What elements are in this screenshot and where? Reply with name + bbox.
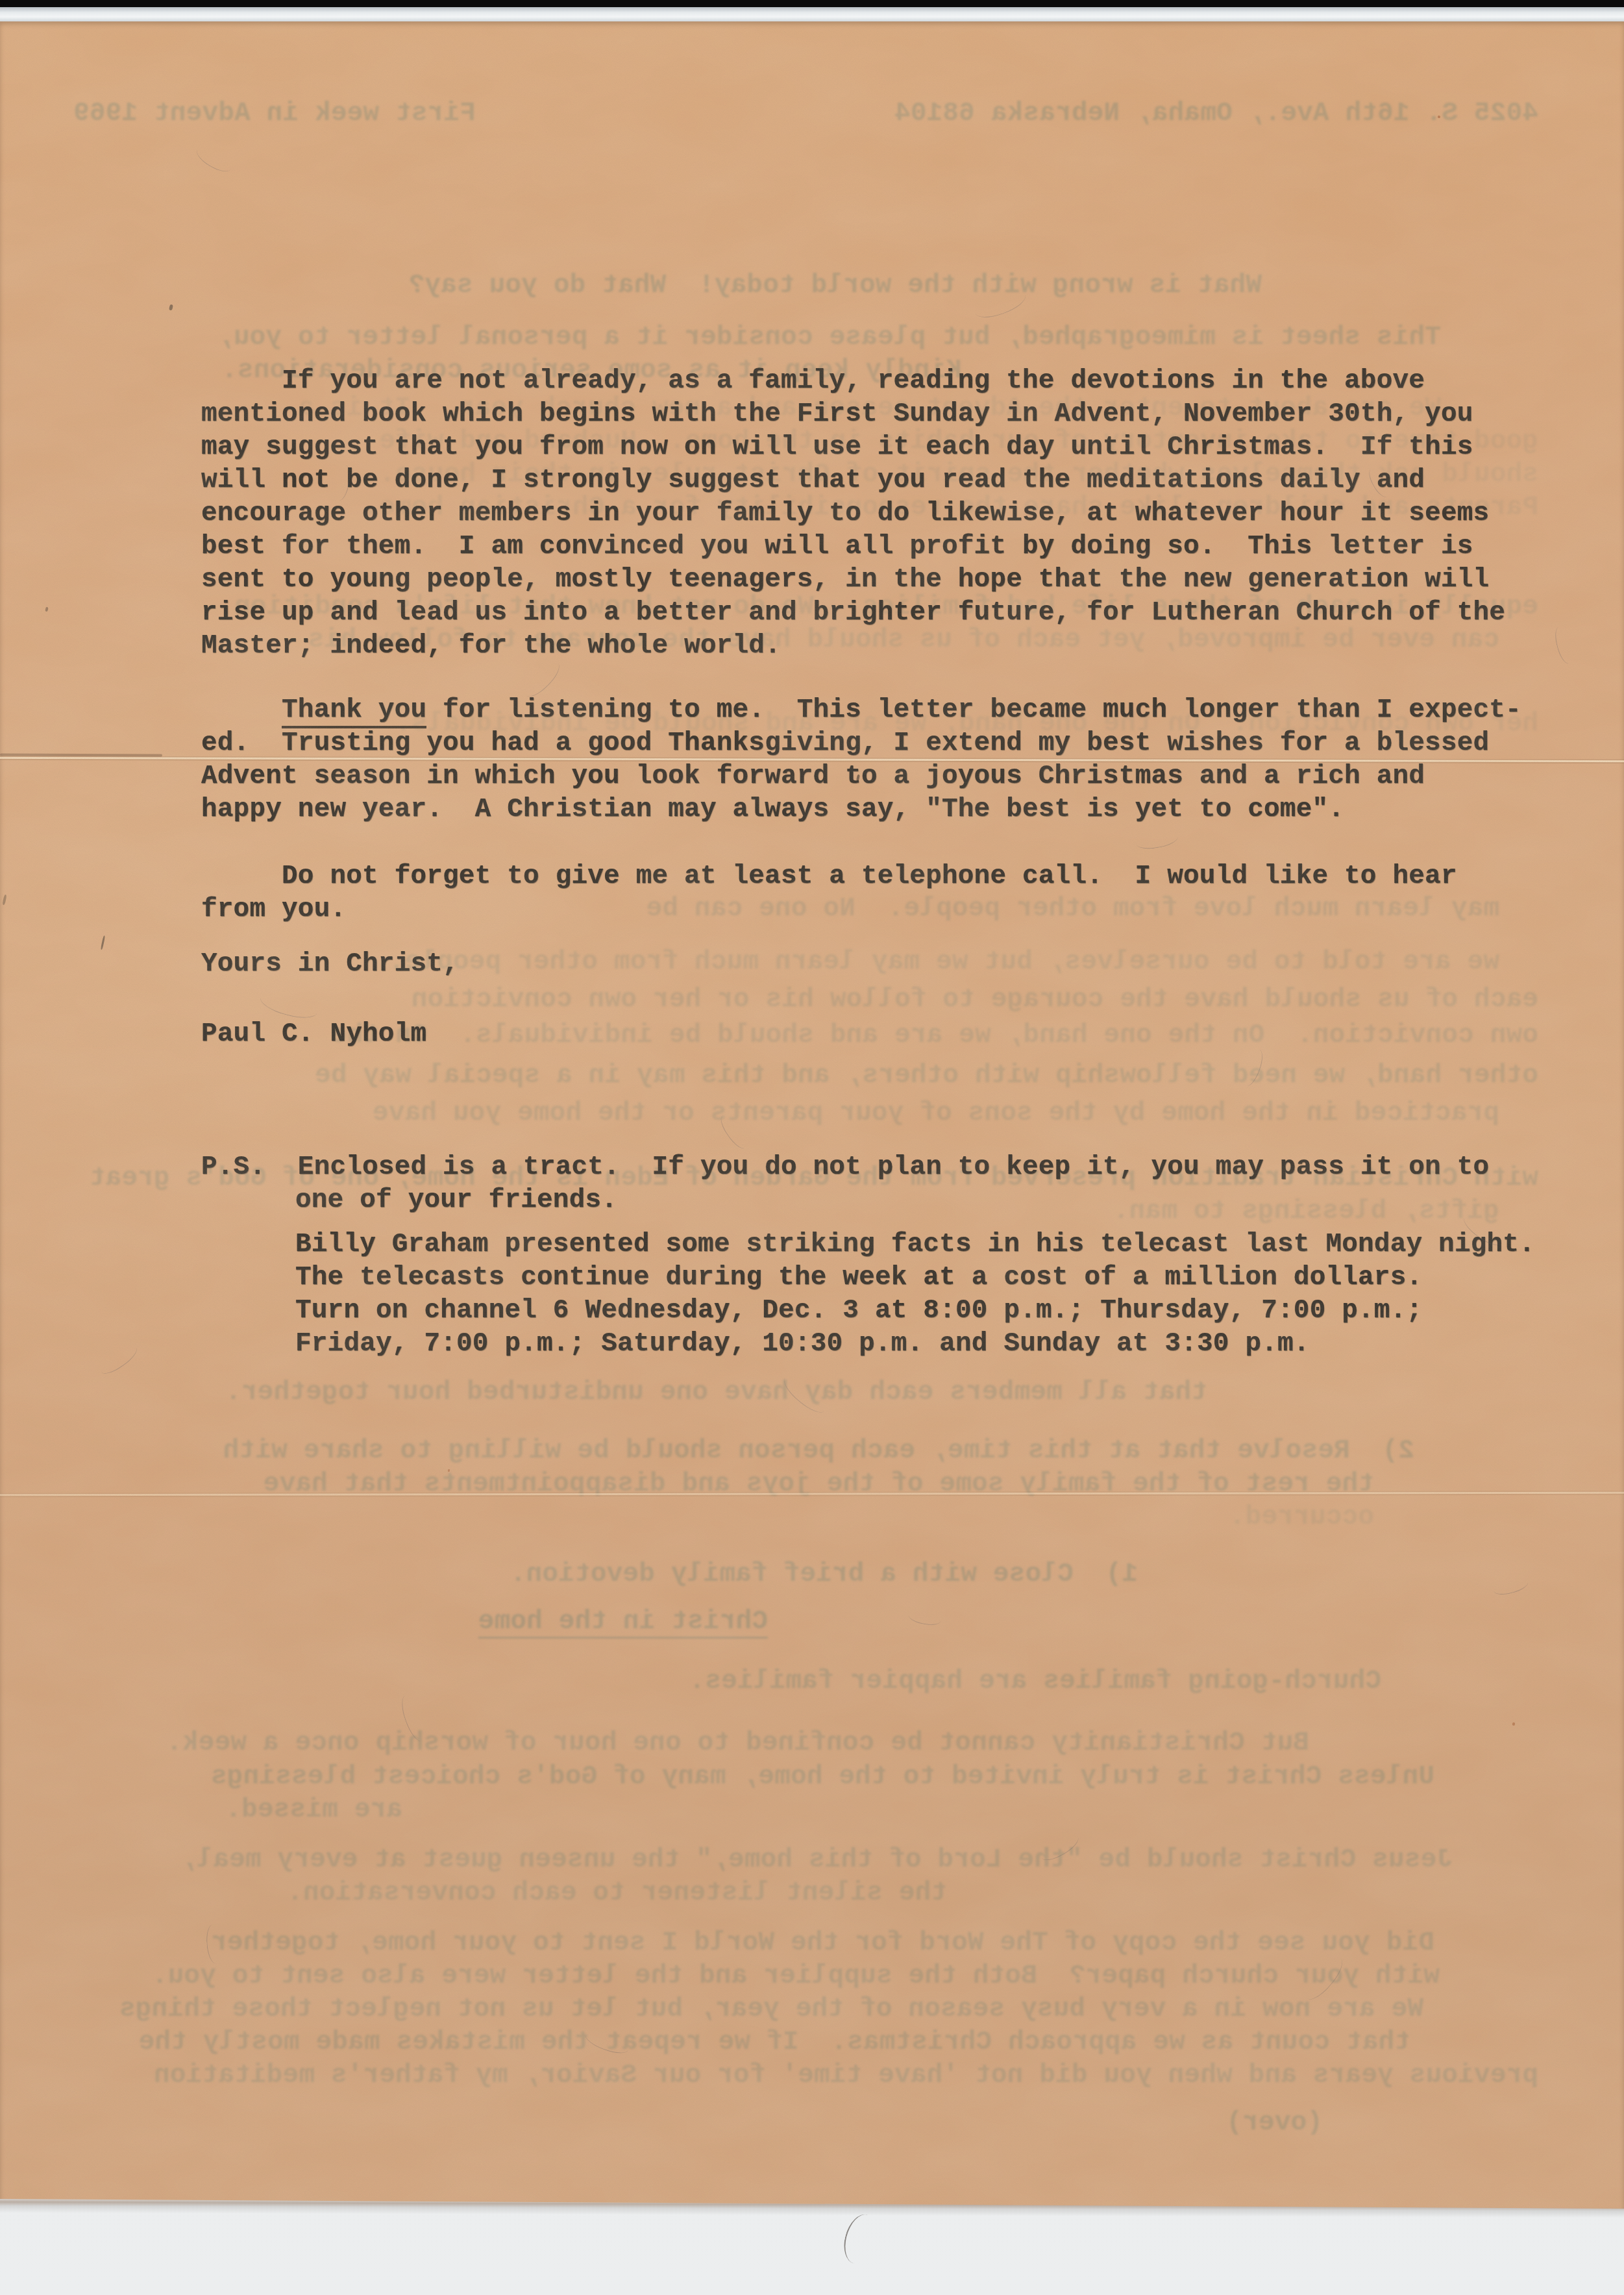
typed-text: If you are not already, as a family, rea… (282, 366, 1425, 396)
paper-fiber (583, 2027, 631, 2057)
bleedthrough-line: with your church paper? Both the supplie… (152, 1960, 1440, 1992)
typed-text: will not be done, I strongly suggest tha… (201, 465, 1425, 495)
underlined-text: Thank you (282, 695, 426, 728)
typed-line: The telecasts continue during the week a… (295, 1261, 1422, 1294)
paper-grain-texture (0, 21, 1624, 2209)
bleedthrough-line: We are now in a very busy season of the … (119, 1993, 1423, 2026)
paper-fiber (717, 1112, 750, 1152)
paper-fiber (1037, 1830, 1082, 1865)
ink-speck (1438, 116, 1441, 119)
typed-text: Yours in Christ, (201, 949, 459, 979)
paper-fiber (193, 143, 235, 177)
bleedthrough-line: Unless Christ is truly invited to the ho… (211, 1761, 1434, 1793)
typed-line: Do not forget to give me at least a tele… (282, 860, 1457, 893)
bleedthrough-line: the silent listener to each conversation… (287, 1877, 947, 1909)
typed-text: Friday, 7:00 p.m.; Saturday, 10:30 p.m. … (295, 1329, 1310, 1359)
bleedthrough-line: with Christian tradition preserved from … (90, 1162, 1538, 1195)
scanner-top-silver-strip (0, 7, 1624, 22)
typed-text: sent to young people, mostly teenagers, … (201, 565, 1489, 595)
typed-line: from you. (201, 893, 346, 926)
scanned-letter-page: { "colors": { "paper": "#d9a87f", "ink":… (0, 0, 1624, 2295)
paper-fiber (779, 1371, 831, 1419)
typed-text: happy new year. A Christian may always s… (201, 795, 1344, 825)
bleedthrough-line: each of us should have the courage to fo… (412, 984, 1538, 1016)
paper-fiber (1135, 830, 1179, 852)
ink-speck (2, 895, 6, 905)
bleedthrough-line: (over) (1226, 2107, 1323, 2139)
typed-line: best for them. I am convinced you will a… (201, 530, 1473, 563)
typed-line: happy new year. A Christian may always s… (201, 793, 1344, 826)
bleedthrough-line: may learn much love from other people. N… (646, 893, 1499, 925)
typed-line: ed. Trusting you had a good Thanksgiving… (201, 727, 1489, 760)
bleedthrough-line: previous years and when you did not 'hav… (154, 2059, 1538, 2092)
ink-speck (45, 607, 48, 612)
typed-line: Yours in Christ, (201, 948, 459, 980)
paper-fiber (520, 657, 565, 702)
ink-speck (101, 936, 106, 950)
typed-text: best for them. I am convinced you will a… (201, 532, 1473, 562)
paper-fiber (97, 1341, 140, 1378)
ink-speck (1512, 1722, 1516, 1726)
fold-crease-lower (0, 1491, 1624, 1498)
bleedthrough-line: We are about to enter the Advent season … (298, 392, 1441, 425)
ink-speck (448, 1469, 450, 1472)
typed-text: The telecasts continue during the week a… (295, 1263, 1422, 1293)
paper-fiber (908, 1609, 942, 1627)
typed-line: Advent season in which you look forward … (201, 760, 1425, 793)
typed-line: encourage other members in your family t… (201, 497, 1489, 530)
paper-fiber (1492, 1575, 1530, 1598)
bleedthrough-line: 2) Resolve that at this time, each perso… (223, 1435, 1415, 1467)
bleedthrough-line: Jesus Christ should be "the Lord of this… (180, 1844, 1453, 1876)
typed-line: will not be done, I strongly suggest tha… (201, 464, 1425, 497)
paper-fiber (1365, 465, 1393, 501)
bleedthrough-line: her own conviction. On the one hand, we … (395, 708, 1538, 740)
paper-fiber (1239, 1047, 1266, 1088)
paper-fiber (205, 1924, 223, 1965)
bleedthrough-line: Church-going families are happier famili… (689, 1665, 1381, 1698)
typed-text: Paul C. Nyholm (201, 1019, 426, 1049)
paper-fiber (1300, 1953, 1348, 2005)
typed-text: Advent season in which you look forward … (201, 762, 1425, 791)
typed-text: one of your friends. (295, 1185, 617, 1215)
typed-line: Master; indeed, for the whole world. (201, 630, 781, 662)
bleedthrough-text-layer: 4025 S. 16th Ave., Omaha, Nebraska 68104… (84, 21, 1538, 2209)
bleedthrough-line: are missed. (225, 1794, 402, 1826)
typed-text: from you. (201, 895, 346, 924)
typed-text: Turn on channel 6 Wednesday, Dec. 3 at 8… (295, 1296, 1422, 1326)
bleedthrough-line: This sheet is mimeographed, but please c… (217, 321, 1441, 354)
paper-fiber (972, 286, 1029, 323)
bleedthrough-line: Christ in the home (478, 1606, 768, 1638)
bleedthrough-line: that count as we approach Christmas. If … (138, 2026, 1410, 2059)
bleedthrough-line: 4025 S. 16th Ave., Omaha, Nebraska 68104… (73, 97, 1538, 130)
bleedthrough-line: good time to take inventory of our habit… (379, 425, 1538, 458)
typed-text: Master; indeed, for the whole world. (201, 631, 781, 661)
typed-text: encourage other members in your family t… (201, 499, 1489, 528)
bleedthrough-line: 1) Close with a brief family devotion. (510, 1558, 1138, 1591)
typed-text: mentioned book which begins with the Fir… (201, 399, 1473, 429)
paper-fiber (332, 464, 352, 502)
bleedthrough-line: other hand, we need fellowship with othe… (315, 1060, 1538, 1092)
typed-line: If you are not already, as a family, rea… (282, 365, 1425, 397)
bleedthrough-line: occurred. (1229, 1501, 1374, 1533)
bleedthrough-line: should ask themselves whether the spirit… (379, 458, 1538, 491)
paper-fiber (1552, 625, 1575, 665)
bleedthrough-line: practiced in the home by the sons of you… (373, 1097, 1499, 1130)
ink-speck (169, 304, 173, 311)
scanner-top-black-strip (0, 0, 1624, 7)
ink-speck (856, 775, 860, 782)
bleedthrough-line: we are told to be ourselves, but we may … (389, 946, 1499, 978)
typed-line: P.S. Enclosed is a tract. If you do not … (201, 1151, 1489, 1184)
bleedthrough-line: But Christianity cannot be confined to o… (166, 1727, 1309, 1759)
typed-line: mentioned book which begins with the Fir… (201, 398, 1473, 430)
typed-line: may suggest that you from now on will us… (201, 431, 1473, 464)
paper-fiber (258, 988, 320, 1023)
bleedthrough-line: equally in each of those life had famili… (234, 591, 1538, 623)
typed-text: rise up and lead us into a better and br… (201, 598, 1505, 628)
fold-crease-upper (0, 756, 1624, 763)
bleedthrough-line: Kindly keep it as some serious considera… (221, 354, 962, 387)
paper-fiber (1460, 1211, 1507, 1250)
bleedthrough-line: can ever be improved, yet each of us sho… (308, 624, 1500, 656)
typed-text: ed. Trusting you had a good Thanksgiving… (201, 728, 1489, 758)
typed-text: Do not forget to give me at least a tele… (282, 862, 1457, 891)
typed-line: Thank you for listening to me. This lett… (282, 694, 1521, 726)
typed-text: P.S. Enclosed is a tract. If you do not … (201, 1152, 1489, 1182)
typed-text: Billy Graham presented some striking fac… (295, 1230, 1535, 1259)
bleedthrough-line: own conviction. On the one hand, we are … (331, 1019, 1538, 1052)
bleedthrough-line: What is wrong with the world today! What… (408, 269, 1262, 302)
bleedthrough-line: Did you see the copy of The Word for the… (211, 1927, 1434, 1959)
bleedthrough-line: gifts, blessings to man. (1113, 1195, 1499, 1228)
bleedthrough-line: Parents and children alike share the res… (363, 491, 1538, 524)
typed-line: Turn on channel 6 Wednesday, Dec. 3 at 8… (295, 1295, 1422, 1327)
typed-text: may suggest that you from now on will us… (201, 432, 1473, 462)
typed-line: Friday, 7:00 p.m.; Saturday, 10:30 p.m. … (295, 1328, 1310, 1360)
letter-paper: 4025 S. 16th Ave., Omaha, Nebraska 68104… (0, 21, 1624, 2209)
bleedthrough-line: that all members each day have one undis… (225, 1376, 1207, 1409)
typed-line: one of your friends. (295, 1184, 617, 1217)
typed-text-layer: If you are not already, as a family, rea… (0, 21, 1624, 2209)
typed-line: Billy Graham presented some striking fac… (295, 1228, 1535, 1261)
typed-line: sent to young people, mostly teenagers, … (201, 564, 1489, 596)
typed-text: for listening to me. This letter became … (426, 695, 1521, 725)
typed-line: rise up and lead us into a better and br… (201, 597, 1505, 629)
typed-line: Paul C. Nyholm (201, 1018, 426, 1050)
paper-fiber (397, 1693, 430, 1744)
